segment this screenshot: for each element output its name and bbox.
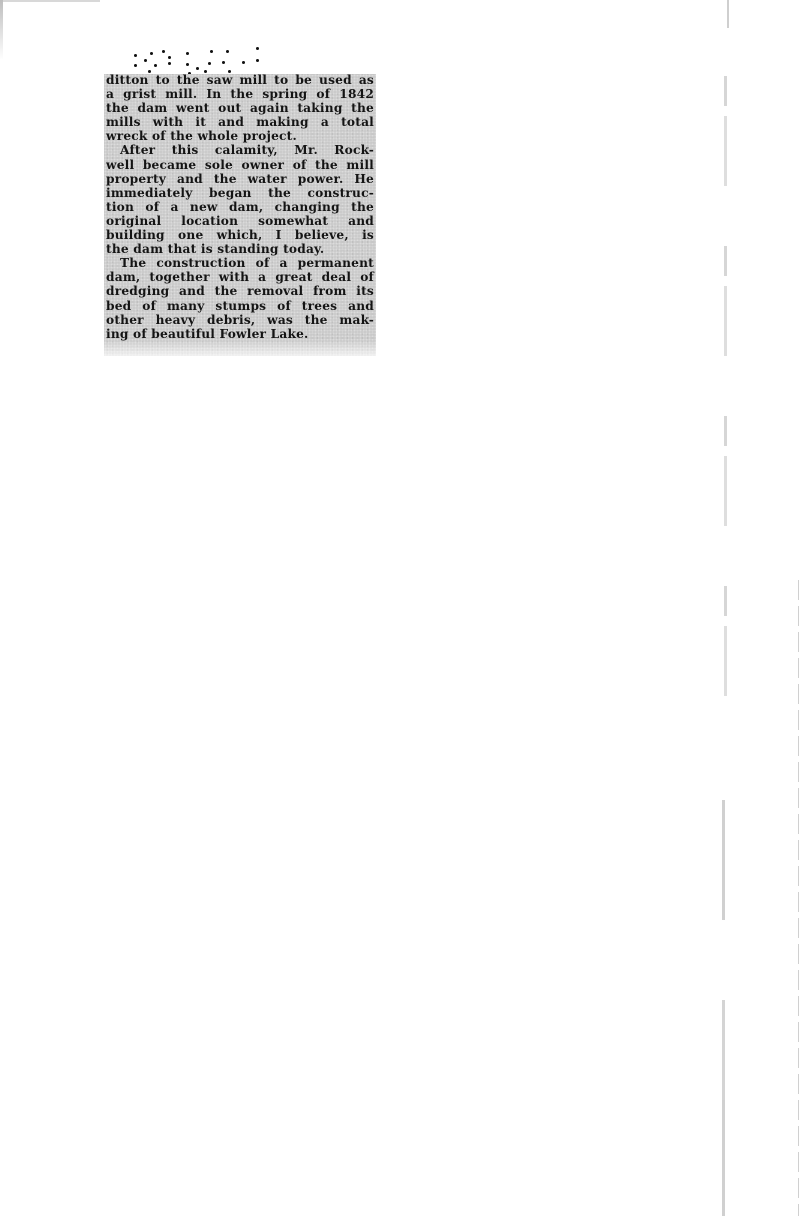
text-line: well became sole owner of the mill <box>106 158 374 172</box>
scan-edge-right <box>724 76 727 756</box>
text-line: The construction of a permanent <box>106 256 374 270</box>
text-line: property and the water power. He <box>106 172 374 186</box>
text-line: the dam went out again taking the <box>106 101 374 115</box>
paragraph-1: ditton to the saw mill to be used as a g… <box>106 73 374 143</box>
text-line: ing of beautiful Fowler Lake. <box>106 327 374 341</box>
text-line: dam, together with a great deal of <box>106 270 374 284</box>
text-line: other heavy debris, was the mak- <box>106 313 374 327</box>
text-line: bed of many stumps of trees and <box>106 299 374 313</box>
text-line: tion of a new dam, changing the <box>106 200 374 214</box>
scan-edge-left <box>0 0 3 60</box>
text-line: mills with it and making a total <box>106 115 374 129</box>
article-column: ditton to the saw mill to be used as a g… <box>106 73 374 341</box>
text-line: wreck of the whole project. <box>106 129 374 143</box>
clipping-fade <box>104 340 376 360</box>
text-line: the dam that is standing today. <box>106 242 374 256</box>
text-line: ditton to the saw mill to be used as <box>106 73 374 87</box>
scan-edge-right <box>722 800 725 1216</box>
scan-edge-top <box>0 0 100 2</box>
paragraph-2: After this calamity, Mr. Rock- well beca… <box>106 143 374 256</box>
text-line: original location somewhat and <box>106 214 374 228</box>
text-line: a grist mill. In the spring of 1842 <box>106 87 374 101</box>
scanned-page: ditton to the saw mill to be used as a g… <box>0 0 800 1216</box>
text-line: dredging and the removal from its <box>106 284 374 298</box>
text-line: building one which, I believe, is <box>106 228 374 242</box>
text-line: immediately began the construc- <box>106 186 374 200</box>
scan-edge-right <box>727 0 729 28</box>
text-line: After this calamity, Mr. Rock- <box>106 143 374 157</box>
scan-edge-far-right <box>798 580 799 1216</box>
paragraph-3: The construction of a permanent dam, tog… <box>106 256 374 341</box>
